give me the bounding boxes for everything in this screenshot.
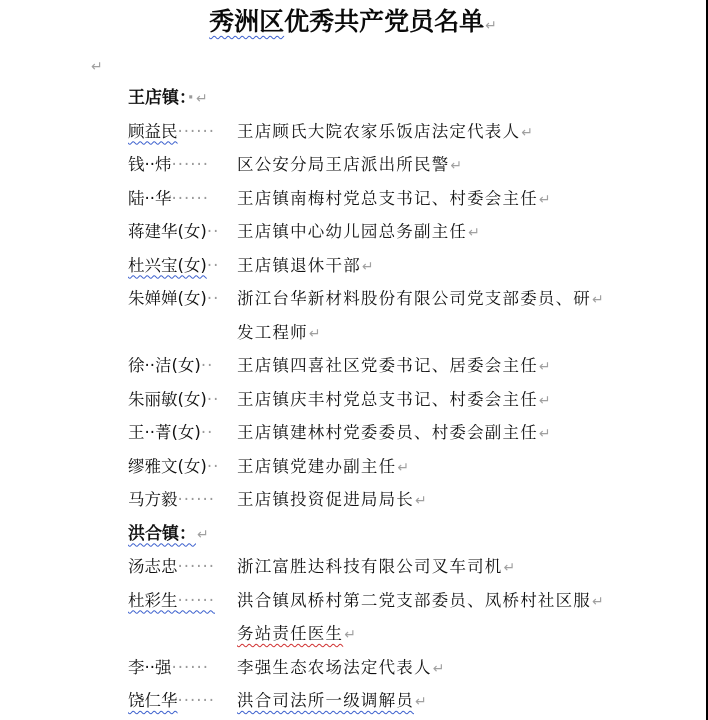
member-description: 王店顾氏大院农家乐饭店法定代表人↵ — [237, 118, 534, 147]
member-name: 蒋建华(女)·· — [128, 218, 219, 246]
list-item: 朱丽敏(女)·· 王店镇庆丰村党总支书记、村委会主任↵ — [128, 386, 628, 420]
list-item: 马方毅······ 王店镇投资促进局局长↵ — [128, 486, 628, 520]
paragraph-mark-icon: ↵ — [539, 359, 552, 375]
paragraph-mark-icon: ↵ — [504, 560, 517, 576]
title-spellcheck-part: 秀洲区 — [209, 7, 284, 36]
heading-dot: · — [188, 88, 195, 108]
paragraph-mark-icon: ↵ — [485, 18, 497, 34]
paragraph-mark-icon: ↵ — [415, 694, 428, 710]
member-name: 顾益民······ — [128, 118, 215, 146]
member-name: 陆··华······ — [128, 185, 209, 213]
member-description: 王店镇退休干部↵ — [237, 252, 375, 281]
member-description: 王店镇党建办副主任↵ — [237, 453, 410, 482]
paragraph-mark-icon: ↵ — [91, 59, 103, 75]
member-name: 杜彩生······ — [128, 587, 215, 615]
member-name: 朱丽敏(女)·· — [128, 386, 219, 414]
member-name: 王··菁(女)·· — [128, 419, 213, 447]
list-item: 蒋建华(女)·· 王店镇中心幼儿园总务副主任↵ — [128, 218, 628, 252]
list-item-continuation: 发工程师↵ — [128, 319, 628, 353]
member-name: 缪雅文(女)·· — [128, 453, 219, 481]
member-name: 饶仁华······ — [128, 687, 215, 715]
member-name: 钱··炜······ — [128, 151, 209, 179]
paragraph-mark-icon: ↵ — [344, 627, 357, 643]
member-description: 王店镇建林村党委委员、村委会副主任↵ — [237, 419, 552, 448]
paragraph-mark-icon: ↵ — [539, 192, 552, 208]
list-item: 李··强······ 李强生态农场法定代表人↵ — [128, 654, 628, 688]
empty-paragraph: ↵ — [90, 56, 103, 75]
list-item: 杜彩生······ 洪合镇凤桥村第二党支部委员、凤桥村社区服↵ — [128, 587, 628, 621]
list-item: 朱婵婵(女)·· 浙江台华新材料股份有限公司党支部委员、研↵ — [128, 285, 628, 319]
member-description: 王店镇四喜社区党委书记、居委会主任↵ — [237, 352, 552, 381]
member-description: 王店镇庆丰村党总支书记、村委会主任↵ — [237, 386, 552, 415]
member-name: 马方毅······ — [128, 486, 215, 514]
member-name: 李··强······ — [128, 654, 209, 682]
member-description: 浙江台华新材料股份有限公司党支部委员、研↵ — [237, 285, 605, 314]
section-heading-wangdian: 王店镇：·↵ — [128, 84, 628, 118]
list-item: 陆··华······ 王店镇南梅村党总支书记、村委会主任↵ — [128, 185, 628, 219]
list-item: 徐··洁(女)·· 王店镇四喜社区党委书记、居委会主任↵ — [128, 352, 628, 386]
list-item: 汤志忠······ 浙江富胜达科技有限公司叉车司机↵ — [128, 553, 628, 587]
section-heading-text: 王店镇： — [128, 88, 188, 108]
paragraph-mark-icon: ↵ — [592, 292, 605, 308]
document-title: 秀洲区优秀共产党员名单↵ — [0, 4, 706, 44]
member-description: 洪合镇凤桥村第二党支部委员、凤桥村社区服↵ — [237, 587, 605, 616]
paragraph-mark-icon: ↵ — [539, 393, 552, 409]
list-item: 钱··炜······ 区公安分局王店派出所民警↵ — [128, 151, 628, 185]
paragraph-mark-icon: ↵ — [197, 527, 209, 543]
section-heading-text: 洪合镇： — [128, 524, 196, 544]
paragraph-mark-icon: ↵ — [397, 460, 410, 476]
list-item: 杜兴宝(女)·· 王店镇退休干部↵ — [128, 252, 628, 286]
member-name: 徐··洁(女)·· — [128, 352, 213, 380]
paragraph-mark-icon: ↵ — [468, 225, 481, 241]
member-description: 李强生态农场法定代表人↵ — [237, 654, 446, 683]
paragraph-mark-icon: ↵ — [309, 326, 322, 342]
member-description-continued: 发工程师↵ — [237, 319, 322, 348]
member-name: 杜兴宝(女)·· — [128, 252, 219, 280]
list-item: 王··菁(女)·· 王店镇建林村党委委员、村委会副主任↵ — [128, 419, 628, 453]
list-item: 顾益民······ 王店顾氏大院农家乐饭店法定代表人↵ — [128, 118, 628, 152]
member-list: 王店镇：·↵ 顾益民······ 王店顾氏大院农家乐饭店法定代表人↵ 钱··炜·… — [128, 84, 628, 720]
paragraph-mark-icon: ↵ — [362, 259, 375, 275]
member-description: 浙江富胜达科技有限公司叉车司机↵ — [237, 553, 516, 582]
member-description: 王店镇南梅村党总支书记、村委会主任↵ — [237, 185, 552, 214]
paragraph-mark-icon: ↵ — [433, 661, 446, 677]
list-item-continuation: 务站责任医生↵ — [128, 620, 628, 654]
title-rest: 优秀共产党员名单 — [284, 7, 484, 36]
member-description: 区公安分局王店派出所民警↵ — [237, 151, 463, 180]
paragraph-mark-icon: ↵ — [592, 594, 605, 610]
member-name: 汤志忠······ — [128, 553, 215, 581]
paragraph-mark-icon: ↵ — [415, 493, 428, 509]
document-page[interactable]: 秀洲区优秀共产党员名单↵ ↵ 王店镇：·↵ 顾益民······ 王店顾氏大院农家… — [0, 0, 708, 720]
list-item: 饶仁华······ 洪合司法所一级调解员↵ — [128, 687, 628, 720]
paragraph-mark-icon: ↵ — [450, 158, 463, 174]
paragraph-mark-icon: ↵ — [539, 426, 552, 442]
paragraph-mark-icon: ↵ — [521, 125, 534, 141]
paragraph-mark-icon: ↵ — [196, 91, 208, 107]
list-item: 缪雅文(女)·· 王店镇党建办副主任↵ — [128, 453, 628, 487]
member-description: 王店镇中心幼儿园总务副主任↵ — [237, 218, 481, 247]
member-description: 王店镇投资促进局局长↵ — [237, 486, 428, 515]
member-name: 朱婵婵(女)·· — [128, 285, 219, 313]
member-description: 洪合司法所一级调解员↵ — [237, 687, 428, 716]
section-heading-honghe: 洪合镇：↵ — [128, 520, 628, 554]
member-description-continued: 务站责任医生↵ — [237, 620, 357, 649]
